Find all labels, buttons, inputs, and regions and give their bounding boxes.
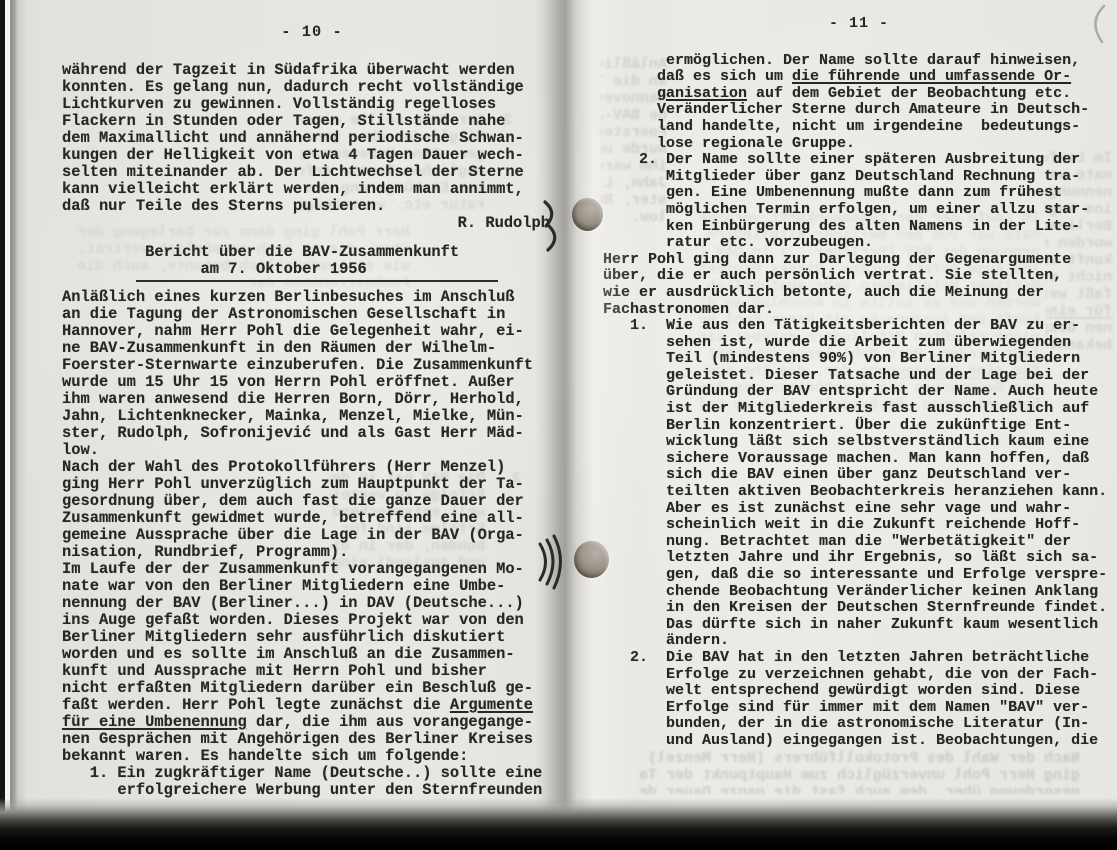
text-line: chende Beobachtung Veränderlicher keinen…: [603, 584, 1115, 601]
text-line: gen. Eine Umbenennung mußte dann zum frü…: [603, 185, 1115, 202]
text-line: in den Kreisen der Deutschen Sternfreund…: [603, 600, 1115, 617]
text-line: kunft und Aussprache mit Herrn Pohl und …: [62, 663, 562, 680]
text-line: Teil (mindestens 90%) von Berliner Mitgl…: [603, 351, 1115, 368]
scanner-bed-strip: [0, 798, 1117, 850]
text-line: an die Tagung der Astronomischen Gesells…: [62, 306, 562, 323]
text-line: 1. Wie aus den Tätigkeitsberichten der B…: [603, 318, 1115, 335]
book-edge-strip: [0, 0, 28, 850]
list-arguments-for-renaming: 1. Ein zugkräftiger Name (Deutsche..) so…: [62, 765, 562, 799]
text-line: bunden, der in die astronomische Literat…: [603, 716, 1115, 733]
text-line: daß es sich um die führende und umfassen…: [603, 69, 1115, 86]
text-line: ihm waren anwesend die Herren Born, Dörr…: [62, 391, 562, 408]
text-line: Aber es ist zunächst eine sehr vage und …: [603, 501, 1115, 518]
text-line: bekannt waren. Es handelte sich um folge…: [62, 748, 562, 765]
text-line: ermöglichen. Der Name sollte darauf hinw…: [603, 53, 1115, 70]
argument-2: 2. Der Name sollte einer späteren Ausbre…: [603, 152, 1115, 252]
punch-hole: [572, 198, 603, 231]
text-line: ken Einbürgerung des alten Namens in der…: [603, 219, 1115, 236]
text-line: teilten aktiven Beobachterkreis heranzie…: [603, 484, 1115, 501]
text-line: gesordnung über, dem auch fast die ganze…: [640, 784, 1080, 794]
scanned-book-spread: Herr Pohl ging dann zur Darlegung der Ge…: [0, 0, 1117, 850]
text-line: über, die er auch persönlich vertrat. Si…: [603, 268, 1115, 285]
text-line: ganisation auf dem Gebiet der Beobachtun…: [603, 86, 1115, 103]
argument-1-continued: ermöglichen. Der Name sollte darauf hinw…: [603, 53, 1115, 153]
text-line: scheinlich weit in die Zukunft reichende…: [603, 517, 1115, 534]
text-line: Bericht über die BAV-Zusammenkunft: [62, 244, 562, 261]
text-line: ändern.: [603, 633, 1115, 650]
show-through-text: Nach der Wahl des Protokollführers (Herr…: [640, 750, 1080, 794]
text-line: kungen der Helligkeit von etwa 4 Tagen D…: [62, 147, 562, 164]
paragraph-protocol-agenda: Nach der Wahl des Protokollführers (Herr…: [62, 459, 562, 561]
page-number-right: - 11 -: [603, 16, 1115, 33]
text-line: sehen ist, wurde die Arbeit zum überwieg…: [603, 335, 1115, 352]
text-line: ging Herr Pohl unverzüglich zum Hauptpun…: [640, 767, 1080, 784]
text-line: ne BAV-Zusammenkunft in den Räumen der W…: [62, 340, 562, 357]
text-line: ist der Mitgliederkreis fast ausschließl…: [603, 401, 1115, 418]
text-line: Zusammenkunft gewidmet wurde, betreffend…: [62, 510, 562, 527]
paragraph-lightcurve-report: während der Tagzeit in Südafrika überwac…: [62, 62, 562, 215]
text-line: Erfolge zu verzeichnen gehabt, die von d…: [603, 667, 1115, 684]
text-line: Im Laufe der der Zusammenkunft vorangega…: [62, 561, 562, 578]
author-signature: R. Rudolph: [62, 215, 562, 232]
text-line: Hannover, nahm Herr Pohl die Gelegenheit…: [62, 323, 562, 340]
text-line: nisation, Rundbrief, Programm).: [62, 544, 562, 561]
text-line: Jahn, Lichtenknecker, Mainka, Menzel, Mi…: [62, 408, 562, 425]
text-line: Flackern in Stunden oder Tagen, Stillstä…: [62, 113, 562, 130]
paragraph-meeting-attendance: Anläßlich eines kurzen Berlinbesuches im…: [62, 289, 562, 459]
paragraph-renaming-project: Im Laufe der der Zusammenkunft vorangega…: [62, 561, 562, 765]
text-line: Das dürfte sich in naher Zukunft kaum we…: [603, 617, 1115, 634]
text-line: am 7. Oktober 1956: [62, 261, 562, 278]
binding-ink-mark: [541, 199, 563, 253]
text-line: 2. Der Name sollte einer späteren Ausbre…: [603, 152, 1115, 169]
text-line: nen Gesprächen mit Angehörigen des Berli…: [62, 731, 562, 748]
text-line: Nach der Wahl des Protokollführers (Herr…: [62, 459, 562, 476]
text-line: land handelte, nicht um irgendeine bedeu…: [603, 119, 1115, 136]
text-line: wicklung läßt sich selbstverständlich ka…: [603, 434, 1115, 451]
text-line: während der Tagzeit in Südafrika überwac…: [62, 62, 562, 79]
text-line: daß nur Teile des Sterns pulsieren.: [62, 198, 562, 215]
text-line: 2. Die BAV hat in den letzten Jahren bet…: [603, 650, 1115, 667]
text-line: wie er ausdrücklich betonte, auch die Me…: [603, 285, 1115, 302]
text-line: letzten Jahre und ihr Ergebnis, so läßt …: [603, 550, 1115, 567]
heading-underline: [136, 278, 498, 282]
counterargument-1: 1. Wie aus den Tätigkeitsberichten der B…: [603, 318, 1115, 650]
text-line: lose regionale Gruppe.: [603, 136, 1115, 153]
punch-hole: [574, 541, 609, 578]
text-line: ster, Rudolph, Sofronijević und als Gast…: [62, 425, 562, 442]
text-line: Gründung der BAV entspricht der Name. Au…: [603, 384, 1115, 401]
text-line: erfolgreichere Werbung unter den Sternfr…: [62, 782, 562, 799]
text-line: nennung der BAV (Berliner...) in DAV (De…: [62, 595, 562, 612]
text-line: worden und es sollte im Anschluß an die …: [62, 646, 562, 663]
binding-ink-mark: [536, 534, 566, 606]
text-line: nicht erfaßten Mitgliedern darüber ein B…: [62, 680, 562, 697]
text-line: Fachastronomen dar.: [603, 302, 1115, 319]
text-line: für eine Umbenennung dar, die ihm aus vo…: [62, 714, 562, 731]
text-line: gen, daß die so interessante und Erfolge…: [603, 567, 1115, 584]
text-line: Mitglieder über ganz Deutschland Rechnun…: [603, 169, 1115, 186]
text-line: nung. Betrachtet man die "Werbetätigkeit…: [603, 534, 1115, 551]
text-line: dem Maximallicht und annähernd periodisc…: [62, 130, 562, 147]
text-line: möglichen Termin erfolgen, um einer allz…: [603, 202, 1115, 219]
text-line: sichere Voraussage machen. Man kann hoff…: [603, 451, 1115, 468]
text-line: gesordnung über, dem auch fast die ganze…: [62, 493, 562, 510]
text-line: Herr Pohl ging dann zur Darlegung der Ge…: [603, 252, 1115, 269]
page-number-left: - 10 -: [62, 24, 562, 41]
text-line: nate war von den Berliner Mitgliedern ei…: [62, 578, 562, 595]
text-line: welt entsprechend gewürdigt worden sind.…: [603, 683, 1115, 700]
text-line: Erfolge sind für immer mit dem Namen "BA…: [603, 700, 1115, 717]
page-10: - 10 - während der Tagzeit in Südafrika …: [62, 24, 562, 799]
paragraph-counterarguments-intro: Herr Pohl ging dann zur Darlegung der Ge…: [603, 252, 1115, 318]
text-line: Foerster-Sternwarte einzuberufen. Die Zu…: [62, 357, 562, 374]
page-11: - 11 - ermöglichen. Der Name sollte dara…: [603, 16, 1115, 750]
text-line: Nach der Wahl des Protokollführers (Herr…: [640, 750, 1080, 767]
text-line: low.: [62, 442, 562, 459]
text-line: Berliner Mitgliedern sehr ausführlich di…: [62, 629, 562, 646]
report-heading: Bericht über die BAV-Zusammenkunft am 7.…: [62, 244, 562, 278]
text-line: sich die BAV einen über ganz Deutschland…: [603, 467, 1115, 484]
text-line: Berlin konzentriert. Über die zukünftige…: [603, 418, 1115, 435]
text-line: wurde um 15 Uhr 15 von Herrn Pohl eröffn…: [62, 374, 562, 391]
text-line: selten miteinander ab. Der Lichtwechsel …: [62, 164, 562, 181]
text-line: und Ausland) eingegangen ist. Beobachtun…: [603, 733, 1115, 750]
text-line: ging Herr Pohl unverzüglich zum Hauptpun…: [62, 476, 562, 493]
text-line: konnten. Es gelang nun, dadurch recht vo…: [62, 79, 562, 96]
corner-pen-mark: [1084, 4, 1110, 44]
text-line: ins Auge gefaßt worden. Dieses Projekt w…: [62, 612, 562, 629]
text-line: geleistet. Dieser Tatsache und der Lage …: [603, 368, 1115, 385]
text-line: ratur etc. vorzubeugen.: [603, 235, 1115, 252]
text-line: faßt werden. Herr Pohl legte zunächst di…: [62, 697, 562, 714]
text-line: Veränderlicher Sterne durch Amateure in …: [603, 102, 1115, 119]
text-line: Anläßlich eines kurzen Berlinbesuches im…: [62, 289, 562, 306]
text-line: Lichtkurven zu gewinnen. Vollständig reg…: [62, 96, 562, 113]
counterargument-2: 2. Die BAV hat in den letzten Jahren bet…: [603, 650, 1115, 750]
text-line: gemeine Aussprache über die Lage in der …: [62, 527, 562, 544]
text-line: 1. Ein zugkräftiger Name (Deutsche..) so…: [62, 765, 562, 782]
text-line: kann vielleicht erklärt werden, indem ma…: [62, 181, 562, 198]
